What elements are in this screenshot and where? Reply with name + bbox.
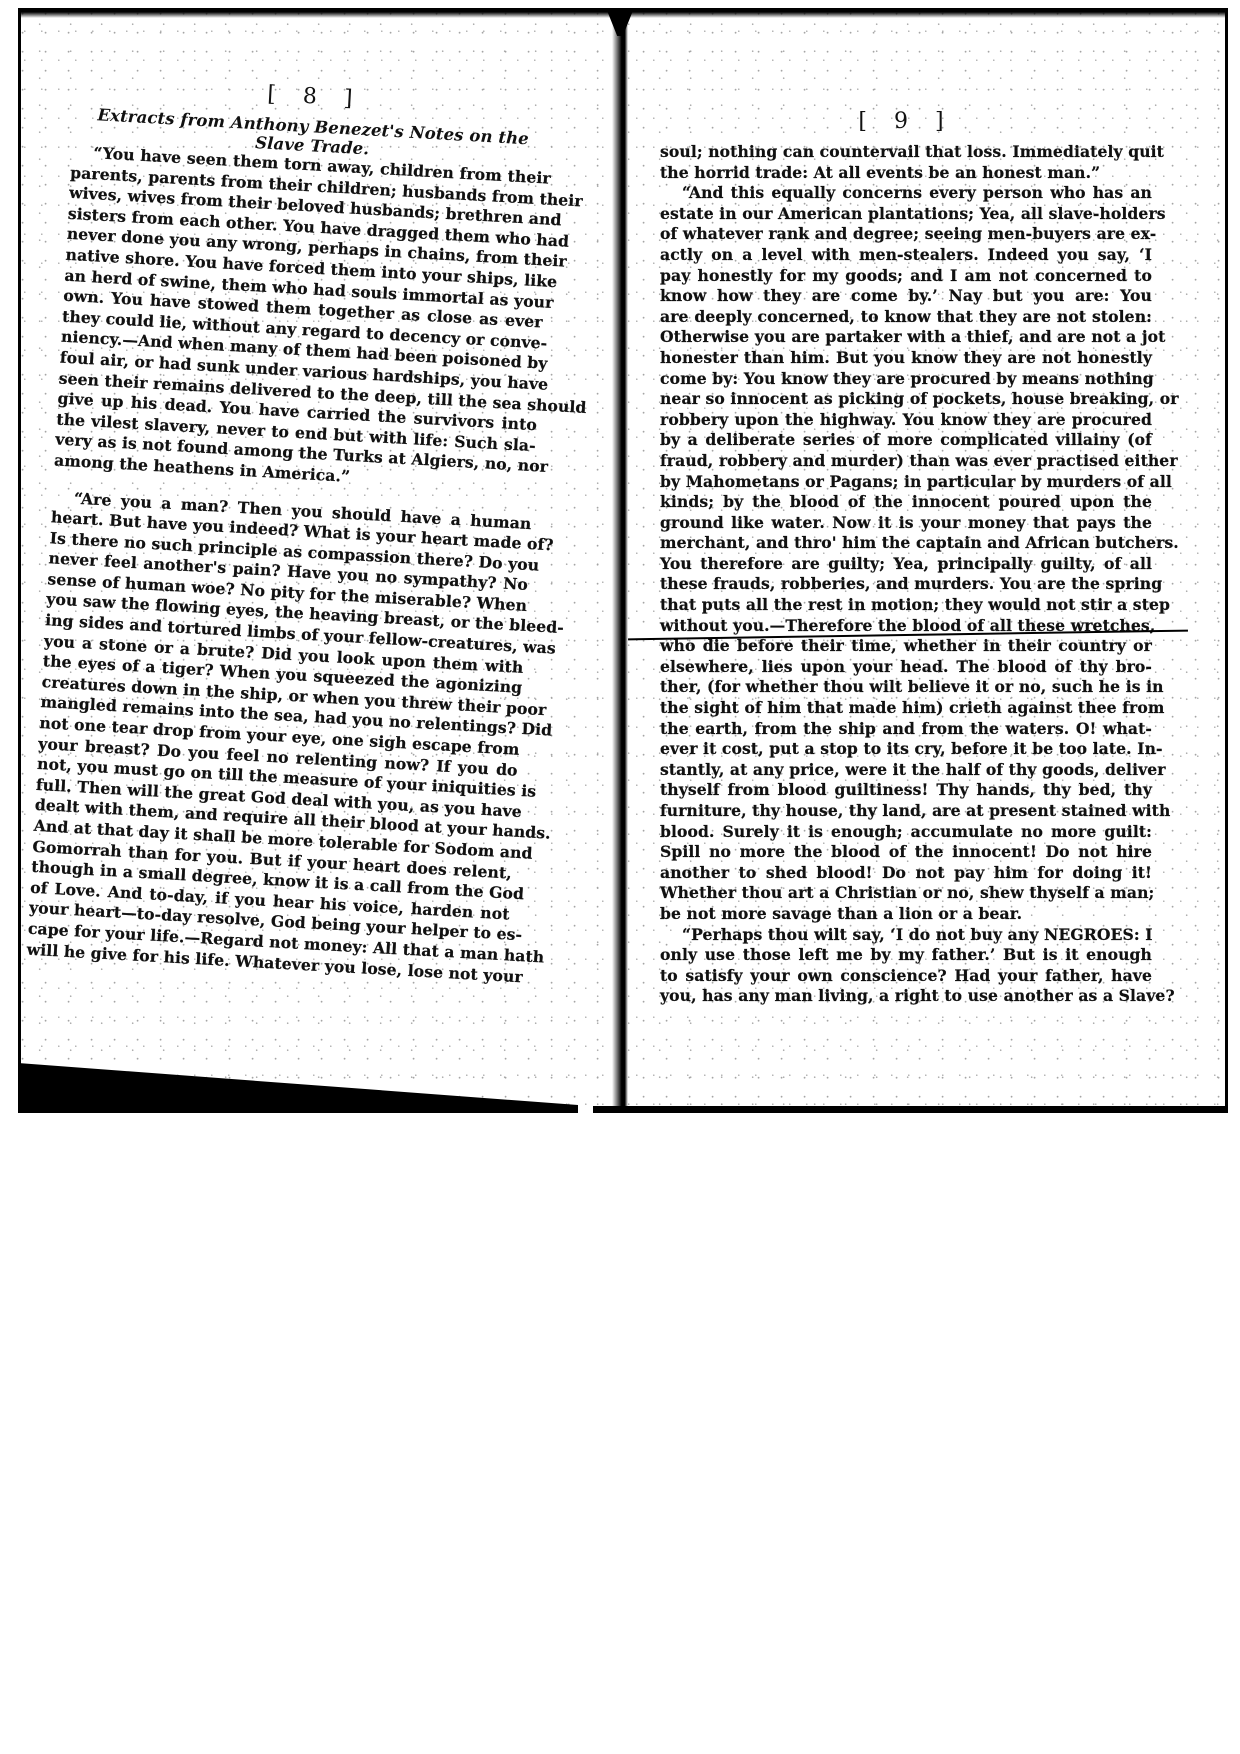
text-line: the horrid trade: At all events be an ho…	[660, 163, 1152, 184]
text-line: that puts all the rest in motion; they w…	[660, 595, 1152, 616]
text-line: you, has any man living, a right to use …	[660, 986, 1152, 1007]
paragraph: “You have seen them torn away, children …	[54, 142, 552, 498]
text-line: these frauds, robberies, and murders. Yo…	[660, 574, 1152, 595]
text-line: the sight of him that made him) crieth a…	[660, 698, 1152, 719]
text-line: Otherwise you are partaker with a thief,…	[660, 327, 1152, 348]
text-line: come by: You know they are procured by m…	[660, 369, 1152, 390]
scan-shadow-bottom-right	[593, 1106, 1228, 1113]
text-line: by Mahometans or Pagans; in particular b…	[660, 472, 1152, 493]
scan-border-left	[18, 8, 21, 1113]
text-line: only use those left me by my father.’ Bu…	[660, 945, 1152, 966]
text-line: know how they are come by.’ Nay but you …	[660, 286, 1152, 307]
text-line: kinds; by the blood of the innocent pour…	[660, 492, 1152, 513]
paragraph: “Are you a man? Then you should have a h…	[26, 487, 532, 987]
text-line: by a deliberate series of more complicat…	[660, 430, 1152, 451]
text-line: You therefore are guilty; Yea, principal…	[660, 554, 1152, 575]
text-line: soul; nothing can countervail that loss.…	[660, 142, 1152, 163]
text-line: “And this equally concerns every person …	[660, 183, 1152, 204]
text-line: who die before their time, whether in th…	[660, 636, 1152, 657]
text-line: furniture, thy house, thy land, are at p…	[660, 801, 1152, 822]
text-line: merchant, and thro' him the captain and …	[660, 533, 1152, 554]
text-line: the earth, from the ship and from the wa…	[660, 719, 1152, 740]
text-line: thyself from blood guiltiness! Thy hands…	[660, 780, 1152, 801]
paragraph: “And this equally concerns every person …	[660, 183, 1152, 924]
text-line: honester than him. But you know they are…	[660, 348, 1152, 369]
scan-shadow-bottom-left	[18, 1063, 578, 1113]
paragraph: soul; nothing can countervail that loss.…	[660, 142, 1152, 183]
page-number: [ 9 ]	[660, 108, 1152, 136]
text-line: elsewhere, lies upon your head. The bloo…	[660, 657, 1152, 678]
paragraph: “Perhaps thou wilt say, ‘I do not buy an…	[660, 925, 1152, 1007]
text-line: “Perhaps thou wilt say, ‘I do not buy an…	[660, 925, 1152, 946]
text-line: actly on a level with men-stealers. Inde…	[660, 245, 1152, 266]
text-line: be not more savage than a lion or a bear…	[660, 904, 1152, 925]
text-line: Whether thou art a Christian or no, shew…	[660, 883, 1152, 904]
text-line: Spill no more the blood of the innocent!…	[660, 842, 1152, 863]
text-line: fraud, robbery and murder) than was ever…	[660, 451, 1152, 472]
text-line: estate in our American plantations; Yea,…	[660, 204, 1152, 225]
text-line: pay honestly for my goods; and I am not …	[660, 266, 1152, 287]
book-gutter	[612, 8, 628, 1113]
book-scan: [ 8 ] Extracts from Anthony Benezet's No…	[18, 8, 1228, 1113]
right-page: [ 9 ] soul; nothing can countervail that…	[660, 108, 1152, 1007]
gutter-notch	[606, 8, 634, 36]
text-line: stantly, at any price, were it the half …	[660, 760, 1152, 781]
left-page: [ 8 ] Extracts from Anthony Benezet's No…	[26, 70, 555, 987]
text-line: ground like water. Now it is your money …	[660, 513, 1152, 534]
text-line: another to shed blood! Do not pay him fo…	[660, 863, 1152, 884]
text-line: ther, (for whether thou wilt believe it …	[660, 677, 1152, 698]
text-line: to satisfy your own conscience? Had your…	[660, 966, 1152, 987]
text-line: near so innocent as picking of pockets, …	[660, 389, 1152, 410]
text-line: are deeply concerned, to know that they …	[660, 307, 1152, 328]
scan-border-right	[1225, 8, 1228, 1113]
text-line: blood. Surely it is enough; accumulate n…	[660, 822, 1152, 843]
text-line: robbery upon the highway. You know they …	[660, 410, 1152, 431]
text-line: of whatever rank and degree; seeing men-…	[660, 224, 1152, 245]
text-line: ever it cost, put a stop to its cry, bef…	[660, 739, 1152, 760]
